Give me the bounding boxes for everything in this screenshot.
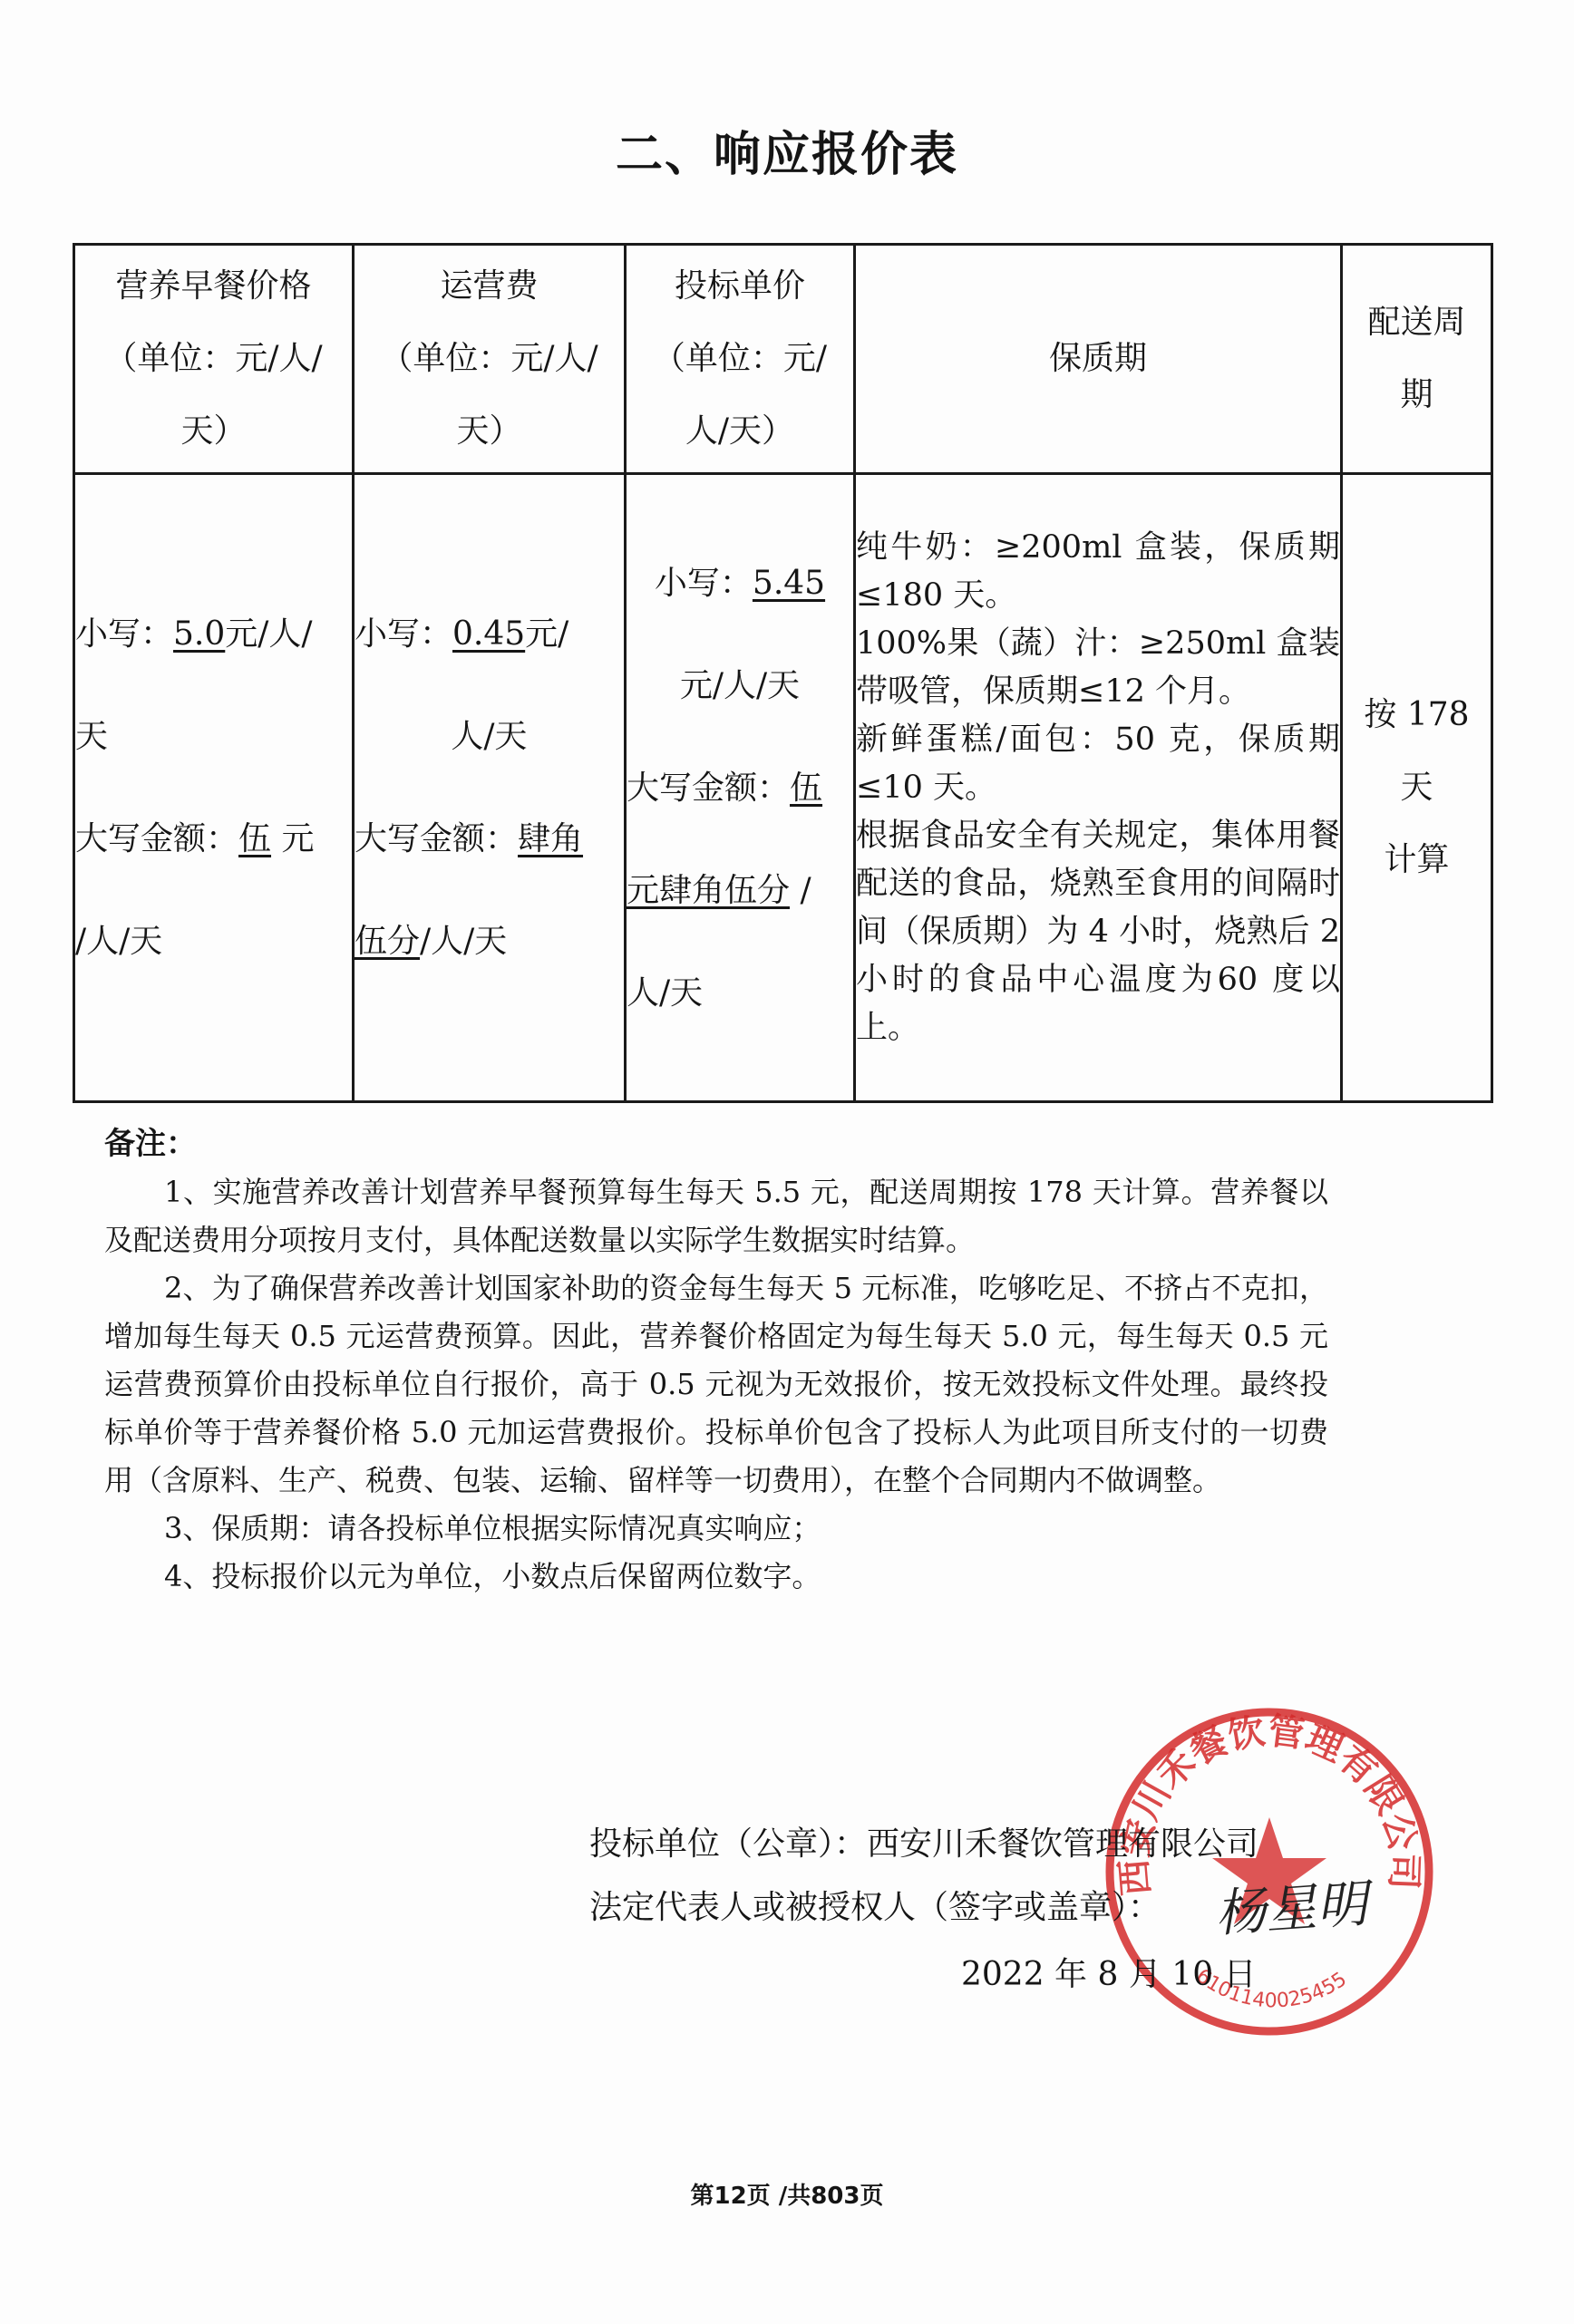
header-bid-unit-price: 投标单价 （单位：元/ 人/天） (626, 245, 855, 474)
header-operating-fee: 运营费 （单位：元/人/ 天） (354, 245, 626, 474)
table-header-row: 营养早餐价格 （单位：元/人/ 天） 运营费 （单位：元/人/ 天） 投标单价 … (74, 245, 1492, 474)
notes-heading: 备注： (104, 1120, 1328, 1168)
shelf-life-milk: 纯牛奶：≥200ml 盒装，保质期≤180 天。 (856, 524, 1340, 620)
breakfast-price-cell: 小写：5.0元/人/ 天 大写金额：伍 元 /人/天 (74, 474, 354, 1102)
page-title: 二、响应报价表 (0, 116, 1574, 184)
note-item: 1、实施营养改善计划营养早餐预算每生每天 5.5 元，配送周期按 178 天计算… (104, 1168, 1328, 1264)
header-shelf-life: 保质期 (855, 245, 1342, 474)
shelf-life-bread: 新鲜蛋糕/面包：50 克，保质期≤10 天。 (856, 716, 1340, 812)
bid-unit-price-cell: 小写：5.45 元/人/天 大写金额：伍 元肆角伍分 / 人/天 (626, 474, 855, 1102)
note-item: 4、投标报价以元为单位，小数点后保留两位数字。 (104, 1553, 1328, 1601)
bid-lower-value: 5.45 (753, 565, 825, 602)
shelf-life-cell: 纯牛奶：≥200ml 盒装，保质期≤180 天。 100%果（蔬）汁：≥250m… (855, 474, 1342, 1102)
header-delivery-period: 配送周 期 (1342, 245, 1492, 474)
shelf-life-juice: 100%果（蔬）汁：≥250ml 盒装带吸管，保质期≤12 个月。 (856, 620, 1340, 716)
header-breakfast-price: 营养早餐价格 （单位：元/人/ 天） (74, 245, 354, 474)
breakfast-upper-value: 伍 (238, 820, 271, 857)
breakfast-lower-value: 5.0 (173, 615, 225, 653)
notes-section: 备注： 1、实施营养改善计划营养早餐预算每生每天 5.5 元，配送周期按 178… (104, 1120, 1328, 1601)
operating-lower-value: 0.45 (452, 615, 525, 653)
handwritten-signature: 杨星明 (1212, 1864, 1369, 1947)
representative-line: 法定代表人或被授权人（签字或盖章）： (589, 1882, 1161, 1928)
operating-fee-cell: 小写：0.45元/ 人/天 大写金额：肆角 伍分/人/天 (354, 474, 626, 1102)
delivery-period-cell: 按 178 天 计算 (1342, 474, 1492, 1102)
shelf-life-rule: 根据食品安全有关规定，集体用餐配送的食品，烧熟至食用的间隔时间（保质期）为 4 … (856, 812, 1340, 1052)
table-row: 小写：5.0元/人/ 天 大写金额：伍 元 /人/天 小写：0.45元/ 人/天… (74, 474, 1492, 1102)
quote-table: 营养早餐价格 （单位：元/人/ 天） 运营费 （单位：元/人/ 天） 投标单价 … (73, 243, 1493, 1103)
note-item: 2、为了确保营养改善计划国家补助的资金每生每天 5 元标准，吃够吃足、不挤占不克… (104, 1264, 1328, 1505)
bidder-name: 西安川禾餐饮管理有限公司 (867, 1825, 1258, 1863)
page-number: 第12页 /共803页 (0, 2177, 1574, 2211)
sign-date: 2022 年 8 月 10 日 (961, 1949, 1257, 1995)
note-item: 3、保质期：请各投标单位根据实际情况真实响应； (104, 1505, 1328, 1553)
bidder-line: 投标单位（公章）：西安川禾餐饮管理有限公司 (589, 1818, 1258, 1864)
